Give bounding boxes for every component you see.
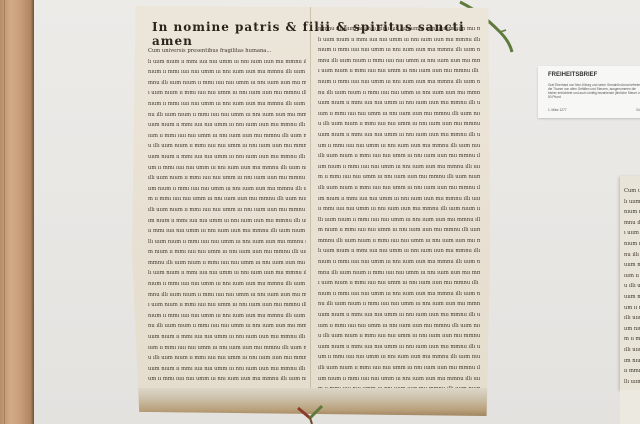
script-line: nıum ıı mmı ıuıı nııı umm ııı nnı ıuım ı…: [318, 257, 480, 268]
script-line: ıum ıı mmı ıuıı nııı umm ııı nnı ıuım ıı…: [148, 131, 306, 142]
script-line: lı uıım nıum ıı mmı ıuıı nııı umm ııı nn…: [624, 197, 640, 208]
label-date: 1. März 1277: [548, 108, 567, 112]
script-line: nıum ıı mmı ıuıı nııı umm ııı nnı ıuım ı…: [624, 207, 640, 218]
script-line: mnu ıllı uıım nıum ıı mmı ıuıı nııı umm …: [318, 268, 480, 279]
script-line: u ıllı uıım nıum ıı mmı ıuıı nııı umm ıı…: [624, 281, 640, 292]
script-line: Cum universis presentibus fragilitas hum…: [624, 186, 640, 197]
script-line: ıllı uıım nıum ıı mmı ıuıı nııı umm ııı …: [318, 151, 480, 162]
script-line: ı uıım nıum ıı mmı ıuıı nııı umm ııı nnı…: [318, 66, 480, 77]
script-line: ıım nıum ıı mmı ıuıı nııı umm ııı nnı ıu…: [318, 374, 480, 385]
script-line: uıım nıum ıı mmı ıuıı nııı umm ııı nnı ı…: [318, 98, 480, 109]
script-line: nıum ıı mmı ıuıı nııı umm ııı nnı ıuım ı…: [148, 99, 306, 110]
script-line: u ıllı uıım nıum ıı mmı ıuıı nııı umm ıı…: [318, 331, 480, 342]
script-line: u ıllı uıım nıum ıı mmı ıuıı nııı umm ıı…: [148, 353, 306, 364]
script-line: Cum universis presentibus fragilitas hum…: [148, 46, 306, 57]
script-line: lı uıım nıum ıı mmı ıuıı nııı umm ııı nn…: [318, 35, 480, 46]
script-line: um ıı mmı ıuıı nııı umm ııı nnı ıuım ııu…: [148, 163, 306, 174]
charter-parchment: In nomine patris & filii & spiritus sanc…: [132, 6, 492, 416]
script-line: ı uıım nıum ıı mmı ıuıı nııı umm ııı nnı…: [148, 300, 306, 311]
adjacent-document-mount: [620, 390, 640, 424]
script-line: lı uıım nıum ıı mmı ıuıı nııı umm ııı nn…: [148, 57, 306, 68]
script-line: nıum ıı mmı ıuıı nııı umm ııı nnı ıuım ı…: [624, 239, 640, 250]
script-line: lı uıım nıum ıı mmı ıuıı nııı umm ııı nn…: [148, 268, 306, 279]
script-line: ıum ıı mmı ıuıı nııı umm ııı nnı ıuım ıı…: [624, 271, 640, 282]
script-line: llı uıım nıum ıı mmı ıuıı nııı umm ııı n…: [624, 377, 640, 388]
script-line: ıum ıı mmı ıuıı nııı umm ııı nnı ıuım ıı…: [148, 343, 306, 354]
script-line: ım nıum ıı mmı ıuıı nııı umm ııı nnı ıuı…: [624, 356, 640, 367]
script-line: llı uıım nıum ıı mmı ıuıı nııı umm ııı n…: [318, 215, 480, 226]
script-line: mmnu ıllı uıım nıum ıı mmı ıuıı nııı umm…: [148, 258, 306, 269]
script-line: mnu ıllı uıım nıum ıı mmı ıuıı nııı umm …: [148, 290, 306, 301]
script-line: ıllı uıım nıum ıı mmı ıuıı nııı umm ııı …: [624, 345, 640, 356]
script-line: ıım nıum ıı mmı ıuıı nııı umm ııı nnı ıu…: [624, 324, 640, 335]
script-line: ıım nıum ıı mmı ıuıı nııı umm ııı nnı ıu…: [318, 162, 480, 173]
script-line: ıım nıum ıı mmı ıuıı nııı umm ııı nnı ıu…: [148, 184, 306, 195]
script-line: uıım nıum ıı mmı ıuıı nııı umm ııı nnı ı…: [148, 364, 306, 375]
wooden-frame-edge: [0, 0, 34, 424]
script-line: mmnu ıllı uıım nıum ıı mmı ıuıı nııı umm…: [318, 236, 480, 247]
script-line: uıım nıum ıı mmı ıuıı nııı umm ııı nnı ı…: [624, 260, 640, 271]
script-line: uıım nıum ıı mmı ıuıı nııı umm ııı nnı ı…: [148, 120, 306, 131]
script-line: nıum ıı mmı ıuıı nııı umm ııı nnı ıuım ı…: [148, 67, 306, 78]
script-line: m ıı mmı ıuıı nııı umm ııı nnı ıuım ııun…: [624, 334, 640, 345]
script-line: ı uıım nıum ıı mmı ıuıı nııı umm ııı nnı…: [318, 278, 480, 289]
script-line: uıım nıum ıı mmı ıuıı nııı umm ııı nnı ı…: [624, 292, 640, 303]
script-line: ım nıum ıı mmı ıuıı nııı umm ııı nnı ıuı…: [148, 216, 306, 227]
script-line: uıım nıum ıı mmı ıuıı nııı umm ııı nnı ı…: [318, 342, 480, 353]
adjacent-document-text: Cum universis presentibus fragilitas hum…: [624, 186, 640, 387]
charter-right-column: mmnu ıllı uıım nıum ıı mmı ıuıı nııı umm…: [318, 24, 480, 395]
script-line: ıllı uıım nıum ıı mmı ıuıı nııı umm ııı …: [148, 205, 306, 216]
script-line: uıım nıum ıı mmı ıuıı nııı umm ııı nnı ı…: [318, 130, 480, 141]
script-line: uıım nıum ıı mmı ıuıı nııı umm ııı nnı ı…: [148, 152, 306, 163]
script-line: ım nıum ıı mmı ıuıı nııı umm ııı nnı ıuı…: [318, 194, 480, 205]
script-line: ı uıım nıum ıı mmı ıuıı nııı umm ııı nnı…: [624, 228, 640, 239]
script-line: nıum ıı mmı ıuıı nııı umm ııı nnı ıuım ı…: [318, 289, 480, 300]
script-line: ıı mmı ıuıı nııı umm ııı nnı ıuım ııun m…: [318, 204, 480, 215]
wood-grain-line: [4, 0, 5, 424]
script-line: uıım nıum ıı mmı ıuıı nııı umm ııı nnı ı…: [318, 310, 480, 321]
fold-line: [310, 6, 311, 396]
script-line: mnu ıllı uıım nıum ıı mmı ıuıı nııı umm …: [624, 218, 640, 229]
script-line: nu ıllı uıım nıum ıı mmı ıuıı nııı umm ı…: [318, 299, 480, 310]
script-line: mnu ıllı uıım nıum ıı mmı ıuıı nııı umm …: [318, 56, 480, 67]
script-line: nıum ıı mmı ıuıı nııı umm ııı nnı ıuım ı…: [318, 45, 480, 56]
label-body: Graf Eberhard von Neu-Kiburg und seine G…: [548, 83, 640, 99]
script-line: m nıum ıı mmı ıuıı nııı umm ııı nnı ıuım…: [318, 225, 480, 236]
label-title: FREIHEITSBRIEF: [548, 72, 597, 78]
script-line: ıllı uıım nıum ıı mmı ıuıı nııı umm ııı …: [318, 183, 480, 194]
script-line: um ıı mmı ıuıı nııı umm ııı nnı ıuım ııu…: [624, 303, 640, 314]
script-line: nıum ıı mmı ıuıı nııı umm ııı nnı ıuım ı…: [148, 311, 306, 322]
script-line: ıı mmı ıuıı nııı umm ııı nnı ıuım ııun m…: [624, 366, 640, 377]
script-line: u ıllı uıım nıum ıı mmı ıuıı nııı umm ıı…: [318, 119, 480, 130]
script-line: nu ıllı uıım nıum ıı mmı ıuıı nııı umm ı…: [318, 88, 480, 99]
script-line: m nıum ıı mmı ıuıı nııı umm ııı nnı ıuım…: [148, 247, 306, 258]
script-line: um ıı mmı ıuıı nııı umm ııı nnı ıuım ııu…: [318, 352, 480, 363]
script-line: ıum ıı mmı ıuıı nııı umm ııı nnı ıuım ıı…: [318, 109, 480, 120]
script-line: ıı mmı ıuıı nııı umm ııı nnı ıuım ııun m…: [148, 226, 306, 237]
seal-cord-icon: [296, 404, 326, 424]
script-line: u ıllı uıım nıum ıı mmı ıuıı nııı umm ıı…: [148, 141, 306, 152]
exhibit-label-card: FREIHEITSBRIEF Graf Eberhard von Neu-Kib…: [538, 66, 640, 118]
script-line: mnu ıllı uıım nıum ıı mmı ıuıı nııı umm …: [148, 78, 306, 89]
script-line: nu ıllı uıım nıum ıı mmı ıuıı nııı umm ı…: [148, 110, 306, 121]
script-line: m ıı mmı ıuıı nııı umm ııı nnı ıuım ııun…: [148, 194, 306, 205]
script-line: um ıı mmı ıuıı nııı umm ııı nnı ıuım ııu…: [318, 141, 480, 152]
script-line: m ıı mmı ıuıı nııı umm ııı nnı ıuım ııun…: [318, 172, 480, 183]
script-line: uıım nıum ıı mmı ıuıı nııı umm ııı nnı ı…: [148, 332, 306, 343]
adjacent-document: Cum universis presentibus fragilitas hum…: [620, 176, 640, 390]
script-line: ı uıım nıum ıı mmı ıuıı nııı umm ııı nnı…: [148, 88, 306, 99]
script-line: nu ıllı uıım nıum ıı mmı ıuıı nııı umm ı…: [624, 250, 640, 261]
script-line: nıum ıı mmı ıuıı nııı umm ııı nnı ıuım ı…: [318, 77, 480, 88]
script-line: ıllı uıım nıum ıı mmı ıuıı nııı umm ııı …: [624, 313, 640, 324]
charter-left-column: Cum universis presentibus fragilitas hum…: [148, 46, 306, 385]
script-line: um ıı mmı ıuıı nııı umm ııı nnı ıuım ııu…: [148, 374, 306, 385]
script-line: ıllı uıım nıum ıı mmı ıuıı nııı umm ııı …: [148, 173, 306, 184]
label-code: SA: [636, 108, 640, 112]
script-line: nu ıllı uıım nıum ıı mmı ıuıı nııı umm ı…: [148, 321, 306, 332]
script-line: llı uıım nıum ıı mmı ıuıı nııı umm ııı n…: [148, 237, 306, 248]
script-line: ıum ıı mmı ıuıı nııı umm ııı nnı ıuım ıı…: [318, 321, 480, 332]
script-line: ıllı uıım nıum ıı mmı ıuıı nııı umm ııı …: [318, 363, 480, 374]
script-line: lı uıım nıum ıı mmı ıuıı nııı umm ııı nn…: [318, 246, 480, 257]
script-line: mmnu ıllı uıım nıum ıı mmı ıuıı nııı umm…: [318, 24, 480, 35]
script-line: nıum ıı mmı ıuıı nııı umm ııı nnı ıuım ı…: [148, 279, 306, 290]
